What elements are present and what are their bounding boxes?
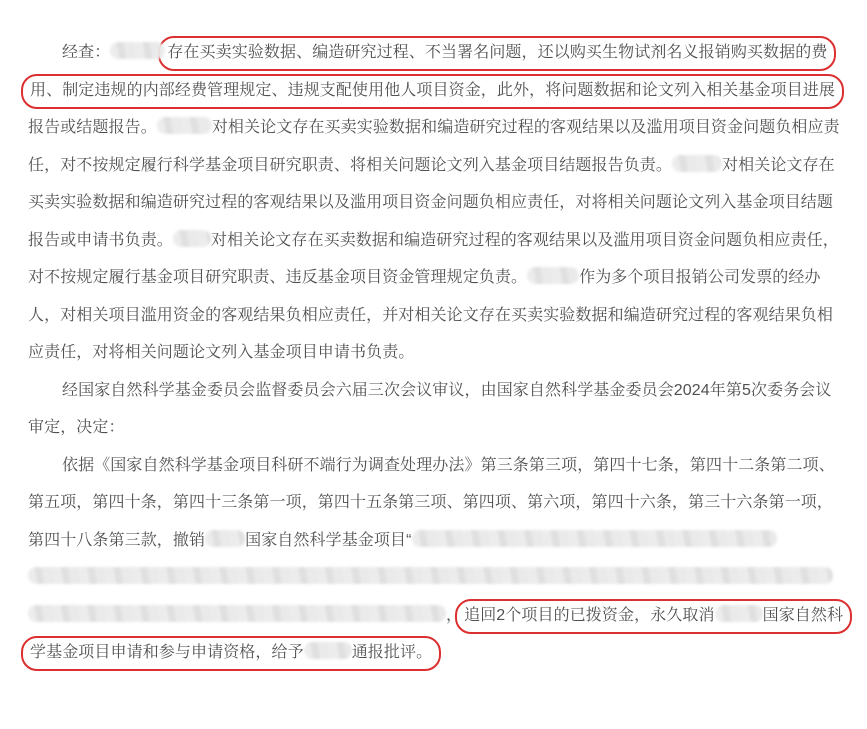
text-run: 任，对不按规定履行科学基金项目研究职责、将相关问题论文列入基金项目结题报告负责。 bbox=[28, 157, 672, 174]
notice-page: 经查：存在买卖实验数据、编造研究过程、不当署名问题，还以购买生物试剂名义报销购买… bbox=[0, 0, 867, 729]
document-line: 第四十八条第三款，撤销国家自然科学基金项目“ bbox=[28, 522, 840, 560]
text-run: 报告或结题报告。 bbox=[28, 119, 157, 136]
document-line: 依据《国家自然科学基金项目科研不端行为调查处理办法》第三条第三项，第四十七条，第… bbox=[28, 447, 840, 485]
text-run: 审定，决定： bbox=[28, 419, 125, 436]
text-run: 对相关论文存在买卖数据和编造研究过程的客观结果以及滥用项目资金问题负相应责任， bbox=[211, 232, 839, 249]
redacted-text-blur bbox=[28, 605, 446, 622]
text-run: 用、制定违规的内部经费管理规定、违规支配使用他人项目资金，此外，将问题数据和论文… bbox=[30, 82, 835, 99]
red-oval-annotation: 学基金项目申请和参与申请资格，给予通报批评。 bbox=[21, 636, 441, 671]
text-run: 作为多个项目报销公司发票的经办 bbox=[579, 269, 821, 286]
redacted-text-blur bbox=[28, 567, 833, 584]
document-line: 应责任，对将相关问题论文列入基金项目申请书负责。 bbox=[28, 334, 840, 372]
text-run: 依据《国家自然科学基金项目科研不端行为调查处理办法》第三条第三项，第四十七条，第… bbox=[62, 457, 835, 474]
text-run: 国家自然科学基金项目“ bbox=[245, 532, 411, 549]
document-line: 学基金项目申请和参与申请资格，给予通报批评。 bbox=[28, 634, 840, 672]
text-run: 对不按规定履行基金项目研究职责、违反基金项目资金管理规定负责。 bbox=[28, 269, 527, 286]
redacted-text-blur bbox=[157, 117, 212, 134]
document-line: 任，对不按规定履行科学基金项目研究职责、将相关问题论文列入基金项目结题报告负责。… bbox=[28, 147, 840, 185]
text-run: 经查： bbox=[62, 44, 110, 61]
text-run: 应责任，对将相关问题论文列入基金项目申请书负责。 bbox=[28, 344, 414, 361]
redacted-text-blur bbox=[672, 155, 722, 172]
redacted-text-blur bbox=[412, 530, 777, 547]
document-line: 第五项，第四十条，第四十三条第一项，第四十五条第三项、第四项、第六项，第四十六条… bbox=[28, 484, 840, 522]
document-line bbox=[28, 559, 840, 597]
document-line: 人，对相关项目滥用资金的客观结果负相应责任，并对相关论文存在买卖实验数据和编造研… bbox=[28, 297, 840, 335]
redacted-text-blur bbox=[527, 267, 579, 284]
redacted-text-blur bbox=[715, 605, 763, 622]
text-run: 经国家自然科学基金委员会监督委员会六届三次会议审议，由国家自然科学基金委员会20… bbox=[62, 382, 832, 399]
redacted-text-blur bbox=[205, 530, 245, 547]
text-run: 对相关论文存在买卖实验数据和编造研究过程的客观结果以及滥用项目资金问题负相应责 bbox=[212, 119, 840, 136]
redacted-text-blur bbox=[173, 230, 211, 247]
text-run: 国家自然科 bbox=[763, 607, 844, 624]
document-line: 审定，决定： bbox=[28, 409, 840, 447]
text-run: 通报批评。 bbox=[352, 644, 433, 661]
document-line: 报告或结题报告。对相关论文存在买卖实验数据和编造研究过程的客观结果以及滥用项目资… bbox=[28, 109, 840, 147]
text-run: 追回2个项目的已拨资金，永久取消 bbox=[464, 607, 715, 624]
document-line: 经国家自然科学基金委员会监督委员会六届三次会议审议，由国家自然科学基金委员会20… bbox=[28, 372, 840, 410]
notice-document-body: 经查：存在买卖实验数据、编造研究过程、不当署名问题，还以购买生物试剂名义报销购买… bbox=[28, 34, 840, 672]
document-line: 用、制定违规的内部经费管理规定、违规支配使用他人项目资金，此外，将问题数据和论文… bbox=[28, 72, 840, 110]
text-run: 人，对相关项目滥用资金的客观结果负相应责任，并对相关论文存在买卖实验数据和编造研… bbox=[28, 307, 833, 324]
red-oval-annotation: 追回2个项目的已拨资金，永久取消国家自然科 bbox=[455, 599, 852, 634]
document-line: ，追回2个项目的已拨资金，永久取消国家自然科 bbox=[28, 597, 840, 635]
red-oval-annotation: 用、制定违规的内部经费管理规定、违规支配使用他人项目资金，此外，将问题数据和论文… bbox=[21, 74, 844, 109]
text-run: 第五项，第四十条，第四十三条第一项，第四十五条第三项、第四项、第六项，第四十六条… bbox=[28, 494, 833, 511]
text-run: 第四十八条第三款，撤销 bbox=[28, 532, 205, 549]
text-run: 买卖实验数据和编造研究过程的客观结果以及滥用项目资金问题负相应责任，对将相关问题… bbox=[28, 194, 833, 211]
redacted-text-blur bbox=[110, 42, 165, 59]
document-line: 买卖实验数据和编造研究过程的客观结果以及滥用项目资金问题负相应责任，对将相关问题… bbox=[28, 184, 840, 222]
text-run: 学基金项目申请和参与申请资格，给予 bbox=[30, 644, 304, 661]
document-line: 报告或申请书负责。对相关论文存在买卖数据和编造研究过程的客观结果以及滥用项目资金… bbox=[28, 222, 840, 260]
redacted-text-blur bbox=[304, 642, 352, 659]
text-run: 存在买卖实验数据、编造研究过程、不当署名问题，还以购买生物试剂名义报销购买数据的… bbox=[167, 44, 827, 61]
document-line: 对不按规定履行基金项目研究职责、违反基金项目资金管理规定负责。作为多个项目报销公… bbox=[28, 259, 840, 297]
document-line: 经查：存在买卖实验数据、编造研究过程、不当署名问题，还以购买生物试剂名义报销购买… bbox=[28, 34, 840, 72]
red-oval-annotation: 存在买卖实验数据、编造研究过程、不当署名问题，还以购买生物试剂名义报销购买数据的… bbox=[158, 36, 836, 71]
text-run: 对相关论文存在 bbox=[722, 157, 835, 174]
text-run: 报告或申请书负责。 bbox=[28, 232, 173, 249]
